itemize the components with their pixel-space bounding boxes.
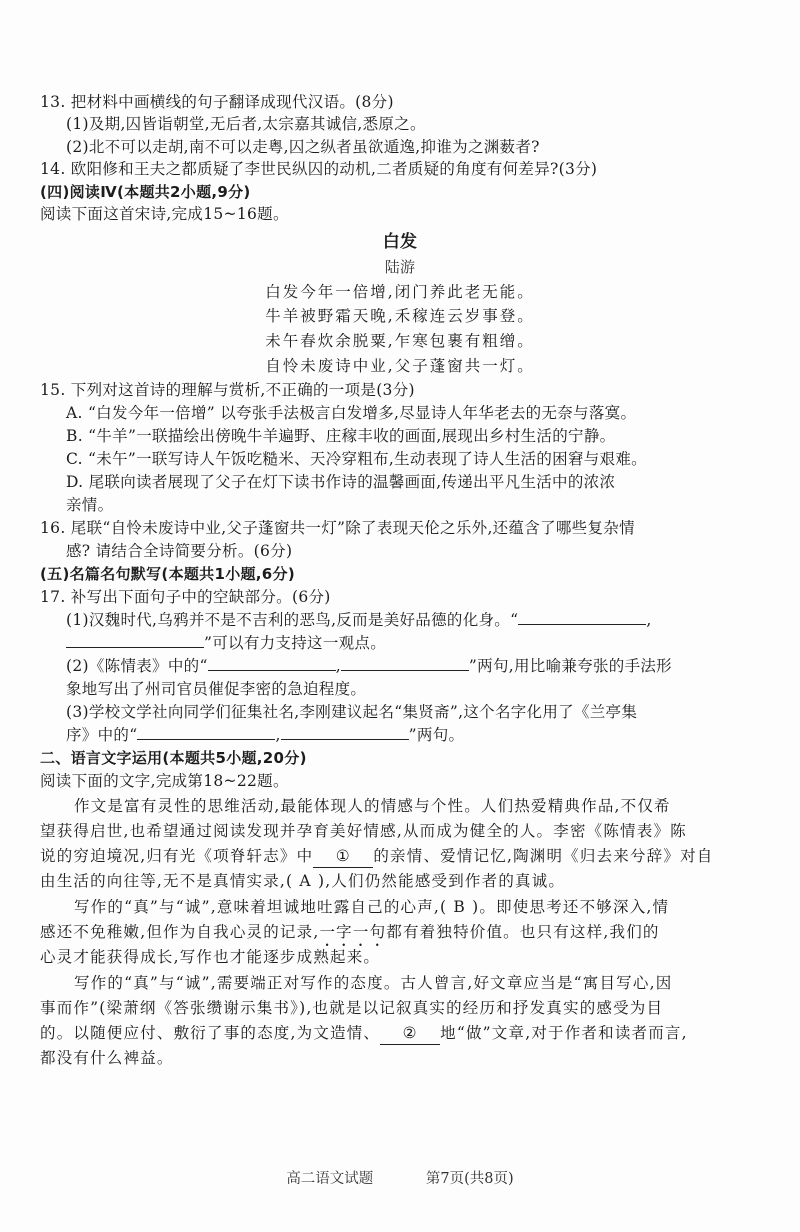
section4-heading: (四)阅读Ⅳ(本题共2小题,9分) <box>40 181 251 203</box>
passage-p3-line1: 写作的“真”与“诚”,需要端正对写作的态度。古人曾言,好文章应当是“寓目写心,因 <box>74 972 672 994</box>
fill-blank-2[interactable]: ② <box>380 1022 440 1045</box>
passage-text: 说的穷迫境况,归有光《项脊轩志》中 <box>40 847 313 865</box>
q17-part3-cont: 序》中的“,”两句。 <box>66 724 464 746</box>
section5-heading: (五)名篇名句默写(本题共1小题,6分) <box>40 563 295 585</box>
poem-title: 白发 <box>0 231 800 253</box>
poem-author: 陆游 <box>0 256 800 278</box>
q17-stem: 17. 补写出下面句子中的空缺部分。(6分) <box>40 586 331 608</box>
q15-option-b: B. “牛羊”一联描绘出傍晚牛羊遍野、庄稼丰收的画面,展现出乡村生活的宁静。 <box>66 425 615 447</box>
poem-line: 未午春炊余脱粟,乍寒包裹有粗缯。 <box>0 330 800 352</box>
passage-p1-line1: 作文是富有灵性的思维活动,最能体现人的情感与个性。人们热爱精典作品,不仅希 <box>74 795 671 817</box>
passage-text: 都有着独特价值。也只有这样,我们的 <box>386 923 659 941</box>
q16-stem: 16. 尾联“自怜未废诗中业,父子蓬窗共一灯”除了表现天伦之乐外,还蕴含了哪些复… <box>40 517 635 539</box>
q17-part3: (3)学校文学社向同学们征集社名,李刚建议起名“集贤斋”,这个名字化用了《兰亭集 <box>66 701 637 723</box>
poem-line: 自怜未废诗中业,父子蓬窗共一灯。 <box>0 355 800 377</box>
fill-blank[interactable] <box>518 609 646 625</box>
q17-part2-text: (2)《陈情表》中的“ <box>66 657 208 675</box>
poem-line: 白发今年一倍增,闭门养此老无能。 <box>0 281 800 303</box>
q13-stem: 13. 把材料中画横线的句子翻译成现代汉语。(8分) <box>40 91 394 113</box>
q15-option-d: D. 尾联向读者展现了父子在灯下读书作诗的温馨画面,传递出平凡生活中的浓浓 <box>66 471 615 493</box>
page-number: 第7页(共8页) <box>426 1171 514 1187</box>
q17-part3-text: 序》中的“ <box>66 726 137 744</box>
q17-part1-text: (1)汉魏时代,乌鸦并不是不吉利的恶鸟,反而是美好品德的化身。“ <box>66 611 518 629</box>
q15-option-d-cont: 亲情。 <box>66 494 113 516</box>
q13-sentence-2: (2)北不可以走胡,南不可以走粤,囚之纵者虽欲遁逸,抑谁为之渊薮者? <box>66 136 540 158</box>
section4-intro: 阅读下面这首宋诗,完成15~16题。 <box>40 203 289 225</box>
passage-text: 感还不免稚嫩,但作为自我心灵的记录, <box>40 923 319 941</box>
q13-sentence-1: (1)及期,囚皆诣朝堂,无后者,太宗嘉其诚信,悉原之。 <box>66 113 426 135</box>
q16-stem-cont: 感? 请结合全诗简要分析。(6分) <box>66 540 292 562</box>
passage-text: 的。以随便应付、敷衍了事的态度,为文造情、 <box>40 1024 380 1042</box>
passage-p1-line4: 由生活的向往等,无不是真情实录,( A ),人们仍然能感受到作者的真诚。 <box>40 870 565 892</box>
fill-blank[interactable] <box>208 655 336 671</box>
fill-blank-1[interactable]: ① <box>313 845 373 868</box>
q17-part1: (1)汉魏时代,乌鸦并不是不吉利的恶鸟,反而是美好品德的化身。“, <box>66 609 652 631</box>
passage-p3-line2: 事而作”(梁萧纲《答张缵谢示集书》),也就是以记叙真实的经历和抒发真实的感受为目 <box>40 997 663 1019</box>
fill-blank[interactable] <box>137 724 275 740</box>
passage-p3-line4: 都没有什么裨益。 <box>40 1047 174 1069</box>
exam-title: 高二语文试题 <box>286 1171 373 1187</box>
dotted-emphasis-text: 一字一句 <box>319 923 386 941</box>
part2-heading: 二、语言文字运用(本题共5小题,20分) <box>40 747 307 769</box>
q15-option-a: A. “白发今年一倍增” 以夸张手法极言白发增多,尽显诗人年华老去的无奈与落寞。 <box>66 402 636 424</box>
q17-part2-cont: 象地写出了州司官员催促李密的急迫程度。 <box>66 678 366 700</box>
page-footer: 高二语文试题 第7页(共8页) <box>0 1167 800 1188</box>
comma: , <box>646 611 651 629</box>
passage-p2-line1: 写作的“真”与“诚”,意味着坦诚地吐露自己的心声,( B )。即使思考还不够深入… <box>74 896 669 918</box>
passage-p1-line3: 说的穷迫境况,归有光《项脊轩志》中①的亲情、爱情记忆,陶渊明《归去来兮辞》对自 <box>40 845 713 868</box>
fill-blank[interactable] <box>281 724 409 740</box>
fill-blank[interactable] <box>341 655 469 671</box>
passage-text: 的亲情、爱情记忆,陶渊明《归去来兮辞》对自 <box>373 847 713 865</box>
q14-stem: 14. 欧阳修和王夫之都质疑了李世民纵囚的动机,二者质疑的角度有何差异?(3分) <box>40 158 597 180</box>
passage-p3-line3: 的。以随便应付、敷衍了事的态度,为文造情、②地“做”文章,对于作者和读者而言, <box>40 1022 688 1045</box>
poem-line: 牛羊被野霜天晚,禾稼连云岁事登。 <box>0 305 800 327</box>
part2-intro: 阅读下面的文字,完成第18~22题。 <box>40 770 289 792</box>
q17-part2: (2)《陈情表》中的“,”两句,用比喻兼夸张的手法形 <box>66 655 672 677</box>
q15-stem: 15. 下列对这首诗的理解与赏析,不正确的一项是(3分) <box>40 379 415 401</box>
passage-p1-line2: 望获得启世,也希望通过阅读发现并孕育美好情感,从而成为健全的人。李密《陈情表》陈 <box>40 820 687 842</box>
fill-blank[interactable] <box>66 632 204 648</box>
q17-part1-tail: ”可以有力支持这一观点。 <box>204 634 386 652</box>
q17-part2-tail: ”两句,用比喻兼夸张的手法形 <box>469 657 672 675</box>
q17-part3-tail: ”两句。 <box>409 726 465 744</box>
exam-page: 13. 把材料中画横线的句子翻译成现代汉语。(8分) (1)及期,囚皆诣朝堂,无… <box>0 0 800 1232</box>
q15-option-c: C. “未午”一联写诗人午饭吃糙米、天冷穿粗布,生动表现了诗人生活的困窘与艰难。 <box>66 448 647 470</box>
passage-text: 地“做”文章,对于作者和读者而言, <box>440 1024 688 1042</box>
passage-p2-line3: 心灵才能获得成长,写作也才能逐步成熟起来。 <box>40 946 380 968</box>
q17-part1-cont: ”可以有力支持这一观点。 <box>66 632 386 654</box>
